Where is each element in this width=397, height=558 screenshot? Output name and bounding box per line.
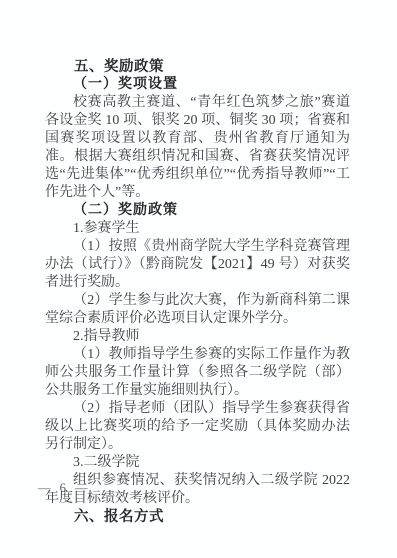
list-item-colleges: 3.二级学院 bbox=[45, 454, 350, 472]
scanned-document-page: 五、奖励政策 （一）奖项设置 校赛高教主赛道、“青年红色筑梦之旅”赛道各设金奖 … bbox=[0, 0, 397, 558]
paragraph-teachers-2: （2）指导老师（团队）指导学生参赛获得省级以上比赛奖项的给予一定奖励（具体奖励办… bbox=[45, 400, 350, 454]
subsection-heading-reward-policy: （二）奖励政策 bbox=[45, 202, 350, 220]
page-number: — 6 — bbox=[38, 481, 91, 496]
section-heading-reward-policy: 五、奖励政策 bbox=[45, 58, 350, 76]
subsection-heading-award-setup: （一）奖项设置 bbox=[45, 76, 350, 94]
paragraph-teachers-1: （1）教师指导学生参赛的实际工作量作为教师公共服务工作量计算（参照各二级学院（部… bbox=[45, 346, 350, 400]
paragraph-students-1: （1）按照《贵州商学院大学生学科竞赛管理办法（试行）》（黔商院发【2021】49… bbox=[45, 238, 350, 292]
paragraph-award-setup: 校赛高教主赛道、“青年红色筑梦之旅”赛道各设金奖 10 项、银奖 20 项、铜奖… bbox=[45, 94, 350, 202]
document-body: 五、奖励政策 （一）奖项设置 校赛高教主赛道、“青年红色筑梦之旅”赛道各设金奖 … bbox=[45, 58, 350, 526]
paragraph-students-2: （2）学生参与此次大赛，作为新商科第二课堂综合素质评价必选项目认定课外学分。 bbox=[45, 292, 350, 328]
list-item-teachers: 2.指导教师 bbox=[45, 328, 350, 346]
list-item-students: 1.参赛学生 bbox=[45, 220, 350, 238]
section-heading-registration: 六、报名方式 bbox=[45, 508, 350, 526]
